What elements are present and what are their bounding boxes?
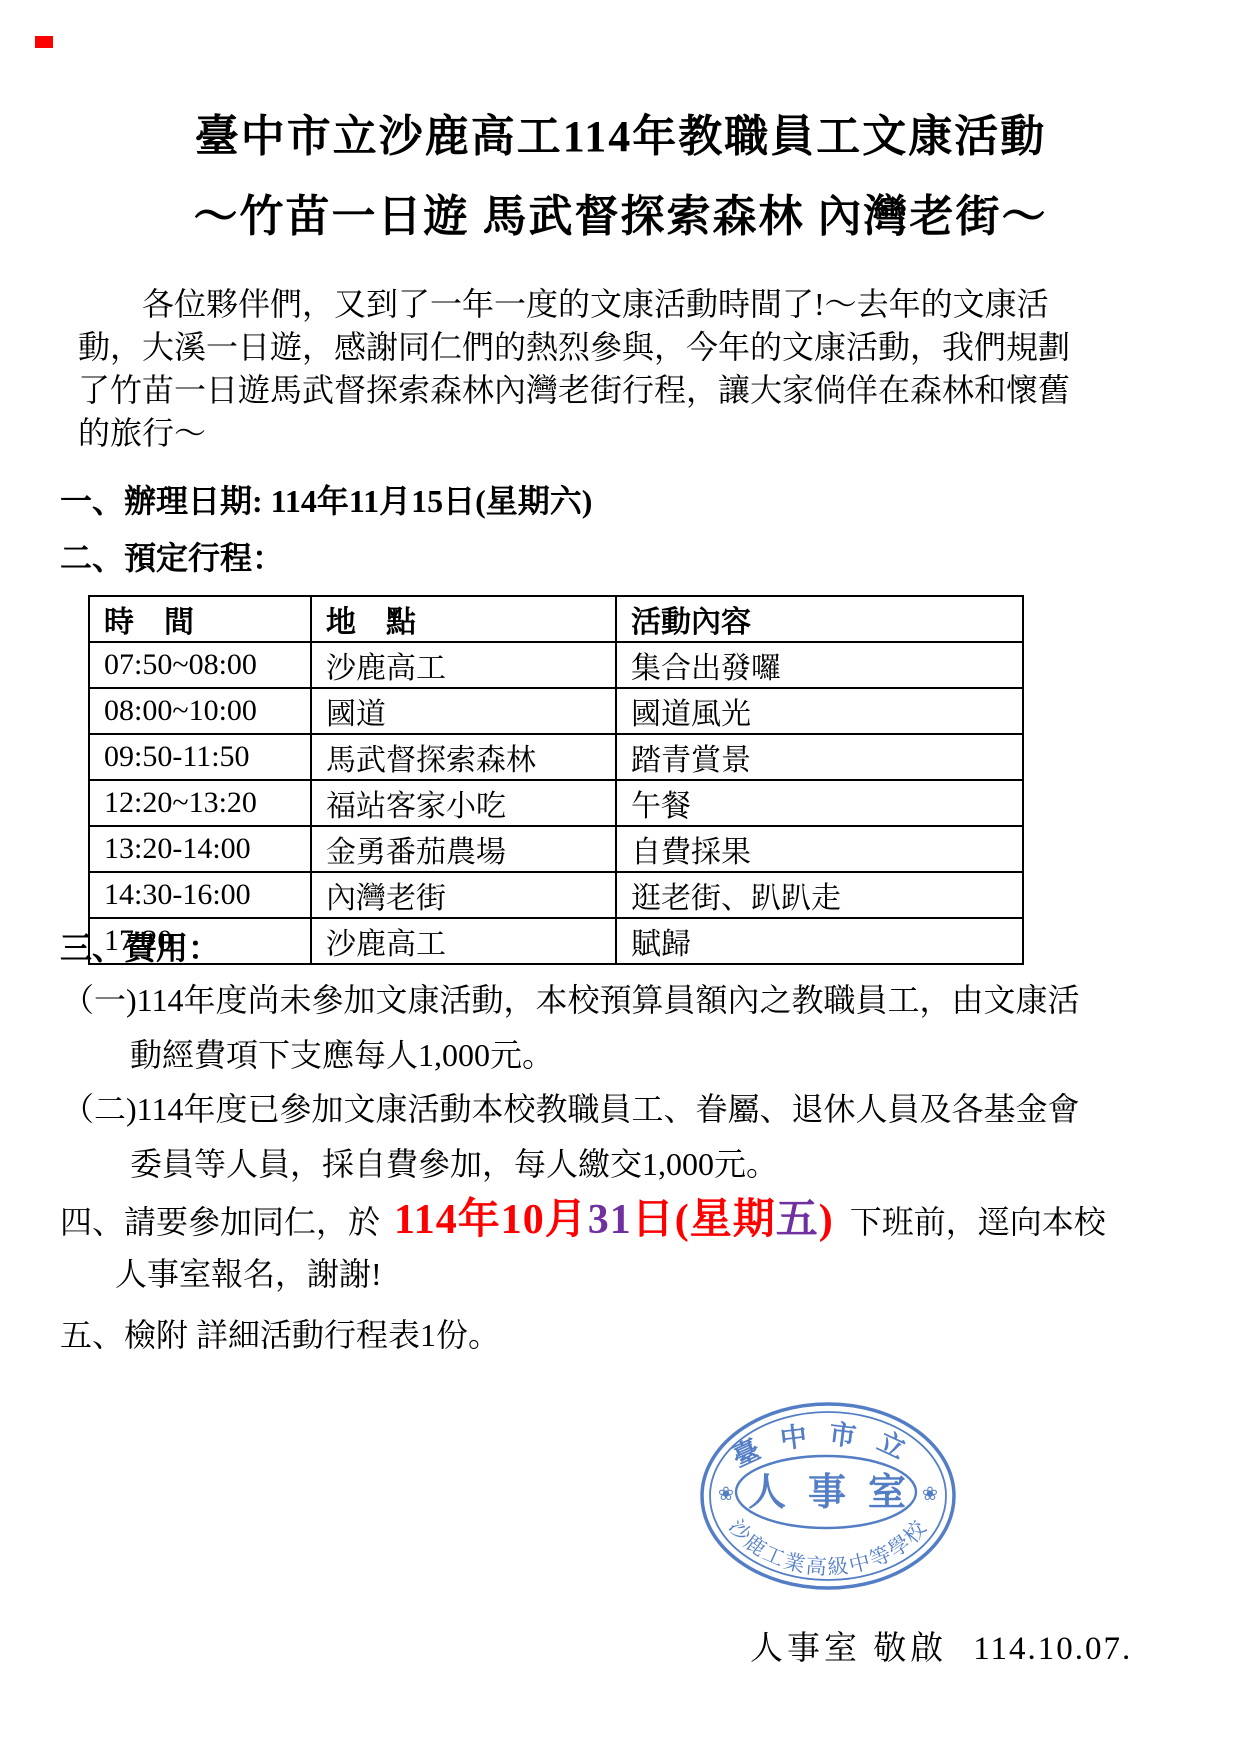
personnel-office-stamp: 臺中市立 沙鹿工業高級中等學校 人事室 ❀ ❀ bbox=[698, 1400, 958, 1592]
closing-signoff: 人事室 敬啟 bbox=[750, 1631, 947, 1667]
plum-blossom-icon: ❀ bbox=[718, 1484, 734, 1505]
cell-place: 國道 bbox=[311, 688, 616, 734]
cell-activity: 自費採果 bbox=[616, 826, 1023, 872]
stamp-center-text: 人事室 bbox=[748, 1472, 928, 1514]
intro-line: 各位夥伴們，又到了一年一度的文康活動時間了!～去年的文康活 bbox=[78, 283, 1070, 326]
intro-line: 的旅行～ bbox=[78, 412, 1070, 455]
closing-line: 人事室 敬啟114.10.07. bbox=[750, 1622, 1132, 1669]
cell-place: 沙鹿高工 bbox=[311, 918, 616, 964]
table-row: 09:50-11:50 馬武督探索森林 踏青賞景 bbox=[89, 734, 1023, 780]
cell-time: 08:00~10:00 bbox=[89, 688, 311, 734]
fee-item-1-line-1: （一)114年度尚未參加文康活動，本校預算員額內之教職員工，由文康活 bbox=[62, 975, 1079, 1021]
intro-line: 了竹苗一日遊馬武督探索森林內灣老街行程，讓大家倘佯在森林和懷舊 bbox=[78, 369, 1070, 412]
table-row: 14:30-16:00 內灣老街 逛老街、趴趴走 bbox=[89, 872, 1023, 918]
cell-activity: 踏青賞景 bbox=[616, 734, 1023, 780]
cell-time: 12:20~13:20 bbox=[89, 780, 311, 826]
cell-time: 14:30-16:00 bbox=[89, 872, 311, 918]
date-segment: 114年10月 bbox=[394, 1197, 588, 1243]
cell-time: 07:50~08:00 bbox=[89, 642, 311, 688]
section-heading-fees: 三、費用： bbox=[60, 923, 220, 969]
cell-place: 金勇番茄農場 bbox=[311, 826, 616, 872]
document-page: 臺中市立沙鹿高工114年教職員工文康活動 ～竹苗一日遊 馬武督探索森林 內灣老街… bbox=[0, 0, 1241, 1755]
registration-deadline-date: 114年10月31日(星期五) bbox=[394, 1186, 834, 1246]
plum-blossom-icon: ❀ bbox=[922, 1484, 938, 1505]
fee-item-1-line-2: 動經費項下支應每人1,000元。 bbox=[130, 1030, 554, 1076]
stamp-graphic: 臺中市立 沙鹿工業高級中等學校 人事室 ❀ ❀ bbox=[698, 1400, 958, 1592]
stamp-top-arc-text: 臺中市立 bbox=[728, 1419, 928, 1473]
cell-time: 09:50-11:50 bbox=[89, 734, 311, 780]
registration-prefix: 四、請要參加同仁，於 bbox=[60, 1197, 380, 1243]
cell-place: 福站客家小吃 bbox=[311, 780, 616, 826]
itinerary-table: 時 間 地 點 活動內容 07:50~08:00 沙鹿高工 集合出發囉 08:0… bbox=[88, 595, 1024, 965]
header-place: 地 點 bbox=[311, 596, 616, 642]
cell-place: 內灣老街 bbox=[311, 872, 616, 918]
table-header-row: 時 間 地 點 活動內容 bbox=[89, 596, 1023, 642]
cell-activity: 賦歸 bbox=[616, 918, 1023, 964]
date-segment: 五 bbox=[776, 1197, 819, 1243]
registration-suffix: 下班前，逕向本校 bbox=[850, 1197, 1106, 1243]
document-title-line-2: ～竹苗一日遊 馬武督探索森林 內灣老街～ bbox=[0, 180, 1241, 244]
cell-activity: 集合出發囉 bbox=[616, 642, 1023, 688]
table-row: 12:20~13:20 福站客家小吃 午餐 bbox=[89, 780, 1023, 826]
section-heading-date: 一、辦理日期: 114年11月15日(星期六) bbox=[60, 476, 592, 522]
cell-place: 沙鹿高工 bbox=[311, 642, 616, 688]
table-row: 08:00~10:00 國道 國道風光 bbox=[89, 688, 1023, 734]
cell-place: 馬武督探索森林 bbox=[311, 734, 616, 780]
closing-date: 114.10.07. bbox=[973, 1631, 1132, 1667]
header-time: 時 間 bbox=[89, 596, 311, 642]
table-row: 07:50~08:00 沙鹿高工 集合出發囉 bbox=[89, 642, 1023, 688]
svg-text:臺中市立: 臺中市立 bbox=[728, 1419, 928, 1473]
registration-line-2: 人事室報名，謝謝! bbox=[115, 1249, 382, 1295]
table-row: 17:20 沙鹿高工 賦歸 bbox=[89, 918, 1023, 964]
date-segment: ) bbox=[819, 1197, 834, 1243]
attachment-line: 五、檢附 詳細活動行程表1份。 bbox=[60, 1310, 500, 1356]
cell-activity: 國道風光 bbox=[616, 688, 1023, 734]
registration-line-1: 四、請要參加同仁，於 114年10月31日(星期五) 下班前，逕向本校 bbox=[60, 1186, 1106, 1246]
intro-line: 動，大溪一日遊，感謝同仁們的熱烈參與，今年的文康活動，我們規劃 bbox=[78, 326, 1070, 369]
document-title-line-1: 臺中市立沙鹿高工114年教職員工文康活動 bbox=[0, 100, 1241, 164]
date-segment: 日(星期 bbox=[632, 1197, 776, 1243]
red-annotation-mark bbox=[35, 36, 53, 48]
table-row: 13:20-14:00 金勇番茄農場 自費採果 bbox=[89, 826, 1023, 872]
fee-item-2-line-1: （二)114年度已參加文康活動本校教職員工、眷屬、退休人員及各基金會 bbox=[62, 1084, 1079, 1130]
cell-activity: 逛老街、趴趴走 bbox=[616, 872, 1023, 918]
date-segment: 31 bbox=[588, 1197, 632, 1243]
intro-paragraph: 各位夥伴們，又到了一年一度的文康活動時間了!～去年的文康活 動，大溪一日遊，感謝… bbox=[78, 283, 1070, 455]
header-activity: 活動內容 bbox=[616, 596, 1023, 642]
fee-item-2-line-2: 委員等人員，採自費參加，每人繳交1,000元。 bbox=[130, 1139, 778, 1185]
section-heading-itinerary: 二、預定行程： bbox=[60, 533, 284, 579]
cell-activity: 午餐 bbox=[616, 780, 1023, 826]
cell-time: 13:20-14:00 bbox=[89, 826, 311, 872]
